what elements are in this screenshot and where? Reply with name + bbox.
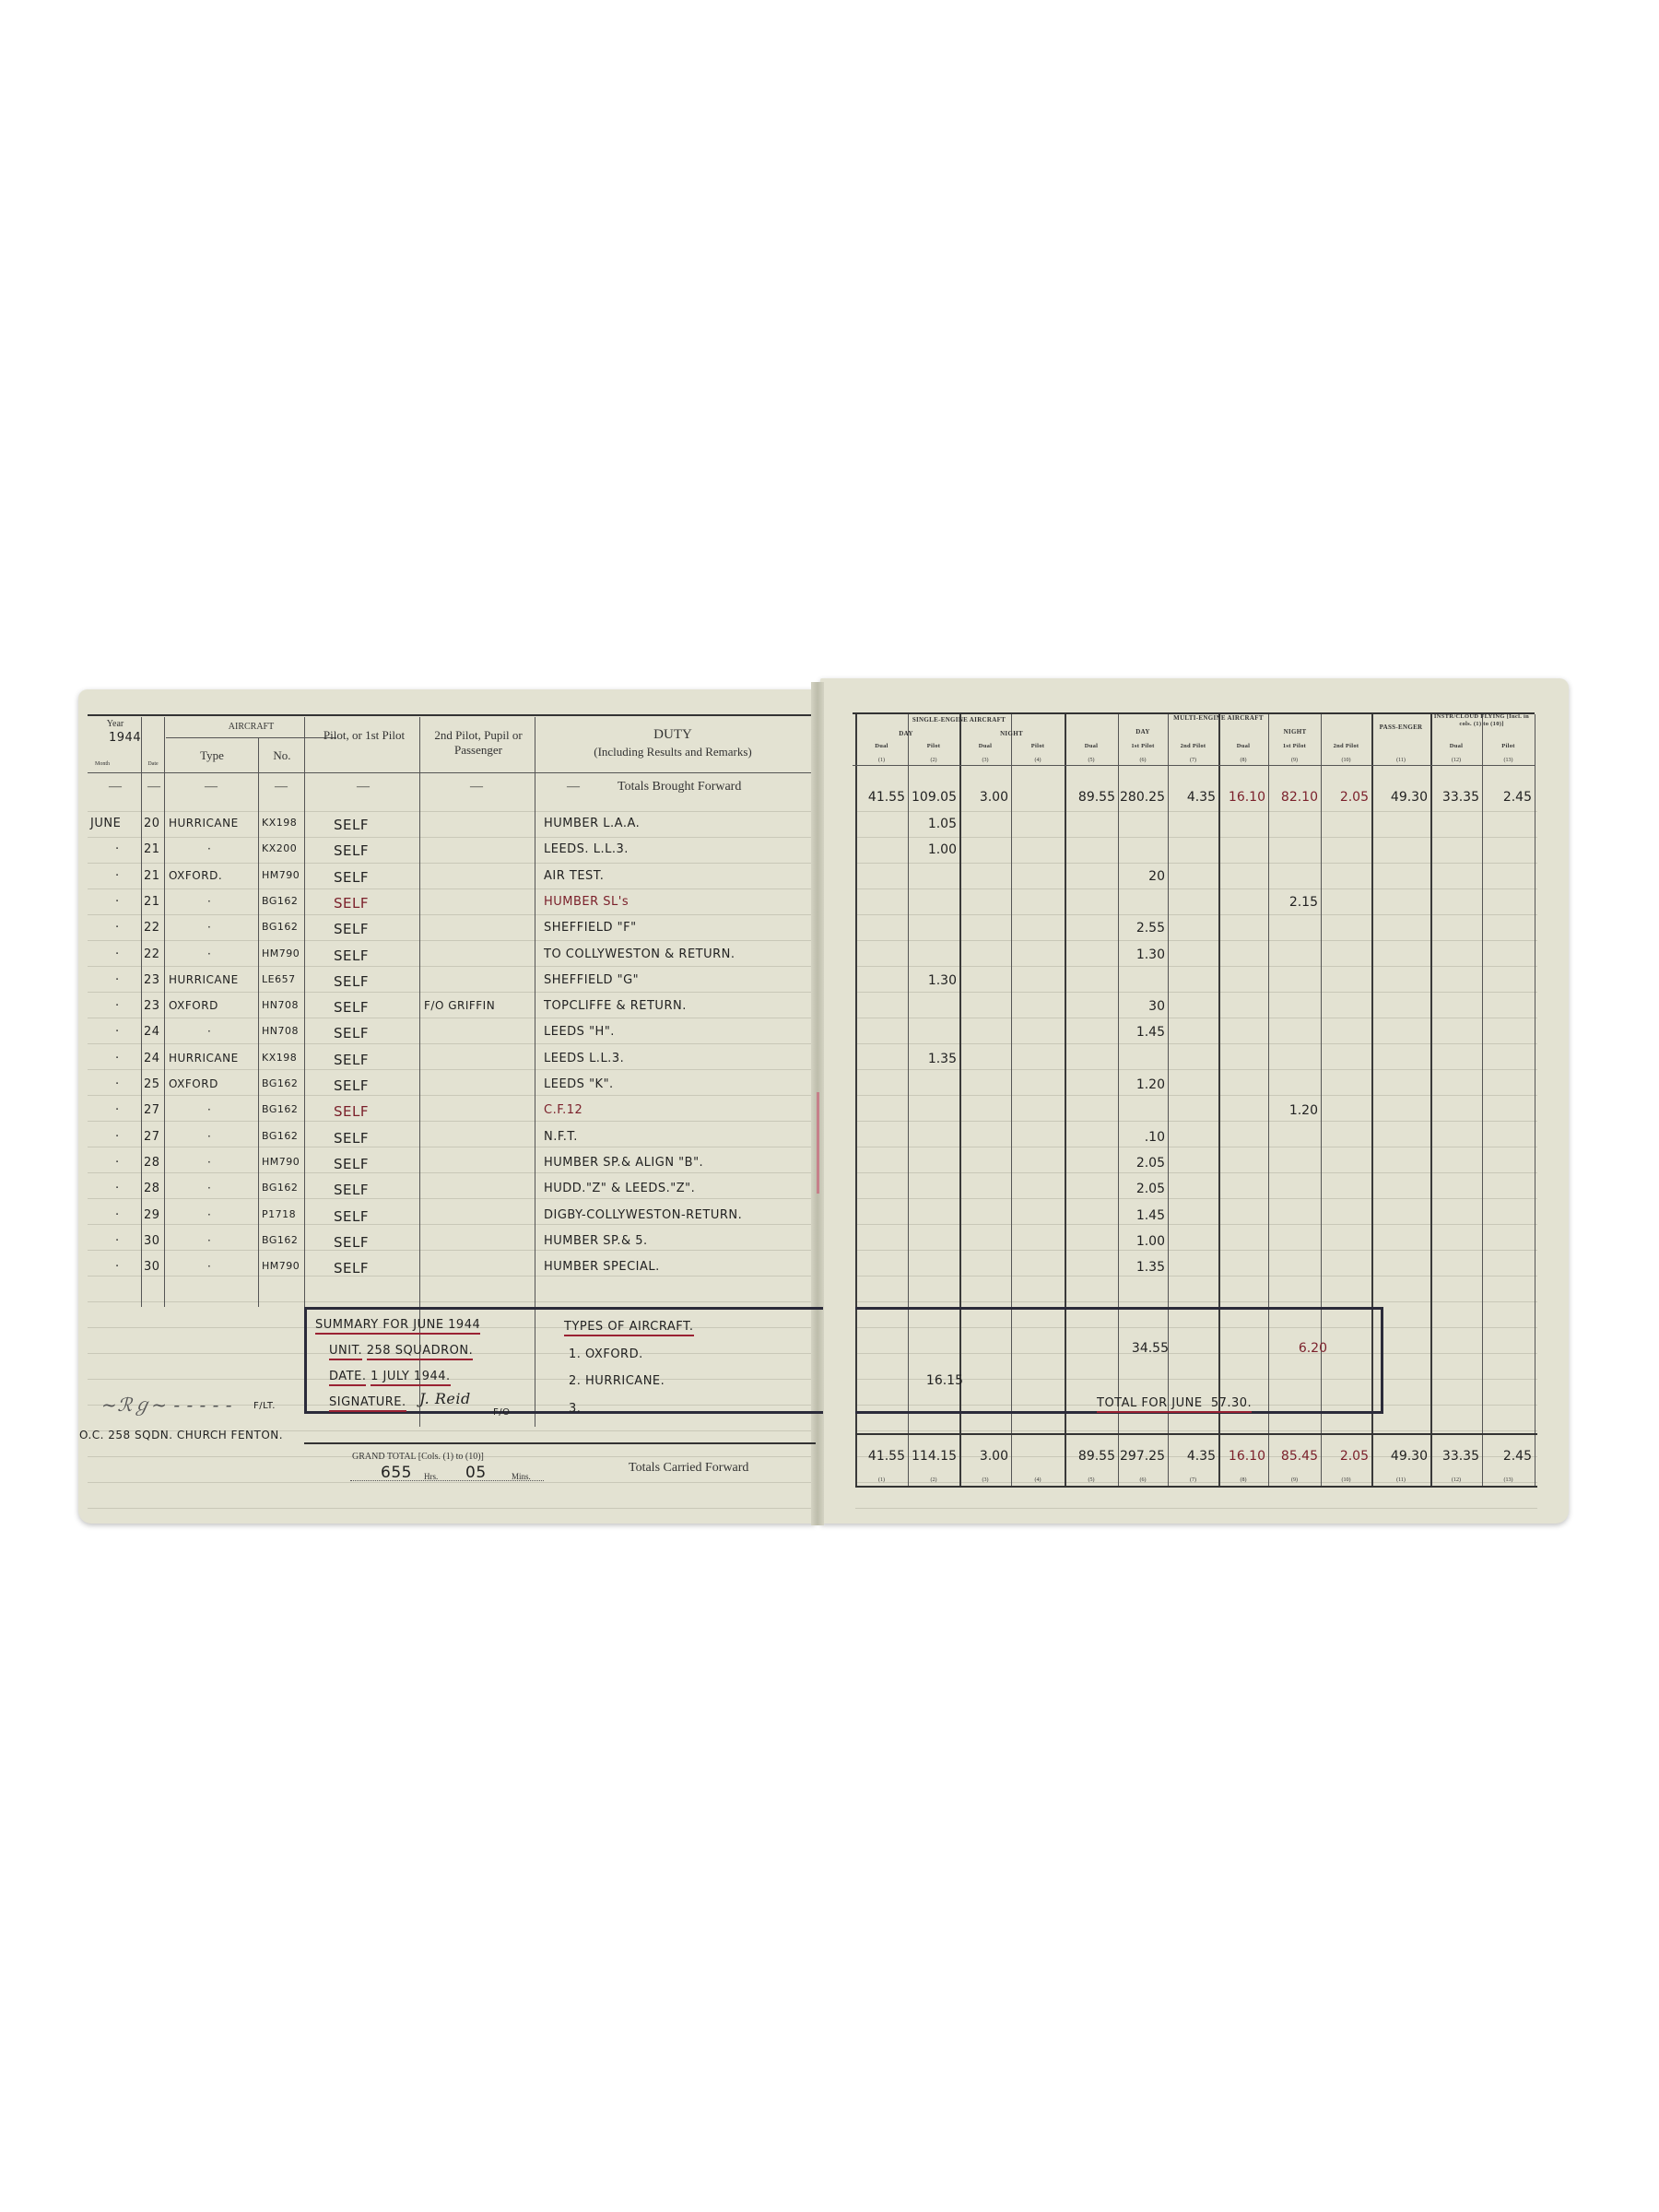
ruled-line [88,940,811,941]
year-label: Year [92,719,138,730]
type-1: 1. OXFORD. [569,1347,643,1361]
entry-aircraft-no: P1718 [262,1208,296,1220]
brought-forward-value: 41.55 [855,790,905,805]
carried-forward-value: 85.45 [1268,1449,1318,1464]
column-number: (3) [959,758,1011,764]
brought-forward-value: 2.05 [1321,790,1369,805]
column-label: 2nd Pilot [1321,743,1371,750]
entry-month: · [115,869,120,883]
brought-forward-value: 33.35 [1430,790,1479,805]
entry-duty: LEEDS. L.L.3. [544,842,629,856]
total-value: 57.30. [1211,1396,1252,1410]
ruled-line [855,1172,1537,1173]
carried-forward-value: 16.10 [1218,1449,1265,1464]
column-number: (10) [1321,758,1371,764]
entry-date: 30 [144,1260,160,1274]
summary-col2: 16.15 [922,1373,963,1388]
carried-forward-value: 2.05 [1321,1449,1369,1464]
me-night-header: NIGHT [1221,728,1369,735]
entry-pilot: SELF [334,1025,369,1041]
ruled-line [855,1095,1537,1096]
column-label: Dual [1218,743,1268,750]
column-label: Pilot [1482,743,1535,750]
col-divider [258,737,259,1307]
column-label: 2nd Pilot [1168,743,1218,750]
entry-aircraft-type: OXFORD [169,999,218,1012]
column-label: 1st Pilot [1268,743,1321,750]
ruled-line [88,1301,811,1302]
entry-date: 24 [144,1052,160,1065]
entry-aircraft-no: BG162 [262,1182,298,1194]
entry-pilot: SELF [334,1182,369,1198]
col-divider [304,717,305,1307]
month-label: Month [88,761,116,768]
entry-month: · [115,1234,120,1248]
summary-col6: 34.55 [1124,1341,1169,1356]
grand-total-label: GRAND TOTAL [Cols. (1) to (10)] [352,1452,484,1462]
footer-column-number: (8) [1218,1477,1268,1484]
single-engine-header: SINGLE-ENGINE AIRCRAFT [855,716,1063,724]
carried-forward-value: 3.00 [959,1449,1008,1464]
footer-column-number: (10) [1321,1477,1371,1484]
entry-pilot: SELF [334,1260,369,1277]
entry-date: 21 [144,869,160,883]
entry-month: · [115,973,120,987]
ruled-line [88,992,811,993]
no-label: No. [260,748,304,763]
footer-column-number: (12) [1430,1477,1482,1484]
column-number: (1) [855,758,908,764]
bf-dash-type: — [205,780,218,794]
entry-duty: C.F.12 [544,1103,582,1117]
entry-aircraft-no: KX198 [262,1052,297,1064]
entry-date: 28 [144,1156,160,1170]
column-number: (12) [1430,758,1482,764]
ruled-line [88,914,811,915]
entry-date: 21 [144,842,160,856]
brought-forward-value: 89.55 [1065,790,1115,805]
entry-aircraft-no: HM790 [262,947,300,959]
left-header-bottom-rule [88,772,811,773]
column-number: (6) [1118,758,1168,764]
entry-month: · [115,1077,120,1091]
oc-caption: O.C. 258 SQDN. CHURCH FENTON. [79,1429,283,1441]
entry-time: 20 [1118,869,1165,884]
ruled-line [855,1508,1537,1509]
column-number: (11) [1371,758,1430,764]
entry-aircraft-no: KX200 [262,842,297,854]
entry-aircraft-no: BG162 [262,1234,298,1246]
entry-aircraft-no: LE657 [262,973,296,985]
se-night-header: NIGHT [959,730,1065,737]
entry-duty: LEEDS "H". [544,1025,615,1039]
entry-duty: HUMBER SL's [544,895,629,909]
entry-time: 1.20 [1268,1103,1318,1118]
col-divider [1430,714,1432,1486]
ruled-line [855,992,1537,993]
carried-forward-value: 89.55 [1065,1449,1115,1464]
year-value: 1944 [109,731,141,745]
type-label: Type [166,748,258,763]
entry-aircraft-type: · [207,1260,211,1273]
ruled-line [88,837,811,838]
entry-time: 2.05 [1118,1156,1165,1171]
type-2: 2. HURRICANE. [569,1374,665,1388]
entry-pilot: SELF [334,1208,369,1225]
ruled-line [855,940,1537,941]
entry-duty: AIR TEST. [544,869,604,883]
column-number: (4) [1011,758,1065,764]
entry-date: 23 [144,999,160,1013]
entry-time: 1.30 [1118,947,1165,962]
ruled-line [855,1147,1537,1147]
column-label: Pilot [908,743,959,750]
footer-column-number: (4) [1011,1477,1065,1484]
entry-month: · [115,1103,120,1117]
ruled-line [855,1198,1537,1199]
unit-label: UNIT. [329,1344,362,1360]
entry-aircraft-no: HM790 [262,869,300,881]
bf-dash-no: — [275,780,288,794]
footer-column-number: (6) [1118,1477,1168,1484]
carried-forward-value: 4.35 [1168,1449,1216,1464]
brought-forward-value: 3.00 [959,790,1008,805]
column-label: Dual [959,743,1011,750]
unit-value: 258 SQUADRON. [367,1344,473,1360]
column-label: Dual [1065,743,1118,750]
entry-time: 2.15 [1268,895,1318,910]
left-top-rule [88,714,811,716]
ruled-line [88,1018,811,1018]
entry-date: 28 [144,1182,160,1195]
entry-time: 1.35 [908,1052,957,1066]
col-divider [141,717,142,1307]
entry-pilot: SELF [334,1077,369,1094]
bf-dash-duty: — [567,780,580,794]
summary-title: SUMMARY FOR JUNE 1944 [315,1318,480,1335]
ruled-line [88,966,811,967]
entry-duty: LEEDS "K". [544,1077,614,1091]
entry-time: 1.20 [1118,1077,1165,1092]
ruled-line [88,1043,811,1044]
carried-forward-value: 2.45 [1482,1449,1532,1464]
right-header-bottom-rule [853,765,1535,766]
entry-date: 27 [144,1130,160,1144]
entry-aircraft-type: · [207,1103,211,1116]
oc-signature-scribble: ~ℛℊ~ - - - - - [101,1390,232,1417]
column-label: Pilot [1011,743,1065,750]
instrument-header: INSTR/CLOUD FLYING [Incl. in cols. (1) t… [1433,713,1530,728]
column-label: 1st Pilot [1118,743,1168,750]
ruled-line [855,1018,1537,1018]
entry-month: · [115,1130,120,1144]
cf-bottom-rule [855,1486,1537,1488]
entry-aircraft-type: · [207,1156,211,1169]
entry-aircraft-no: KX198 [262,817,297,829]
carried-forward-value: 49.30 [1371,1449,1428,1464]
types-title: TYPES OF AIRCRAFT. [564,1320,694,1336]
entry-aircraft-no: HN708 [262,999,299,1011]
entry-pilot: SELF [334,921,369,937]
ruled-line [88,888,811,889]
ruled-line [88,1172,811,1173]
entry-duty: HUDD."Z" & LEEDS."Z". [544,1182,695,1195]
entry-date: 22 [144,921,160,935]
entry-duty: SHEFFIELD "G" [544,973,639,987]
ruled-line [88,1198,811,1199]
date-label: Date [142,761,164,768]
ruled-line [855,1224,1537,1225]
column-number: (13) [1482,758,1535,764]
footer-column-number: (7) [1168,1477,1218,1484]
carried-forward-value: 297.25 [1118,1449,1165,1464]
entry-aircraft-type: · [207,1208,211,1221]
entry-aircraft-type: · [207,1025,211,1038]
ruled-line [88,863,811,864]
ruled-line [88,1095,811,1096]
ruled-line [855,1250,1537,1251]
entry-date: 29 [144,1208,160,1222]
ruled-line [88,1147,811,1147]
entry-month: · [115,1260,120,1274]
entry-duty: HUMBER SP.& 5. [544,1234,648,1248]
entry-pilot: SELF [334,842,369,859]
signature-value: J. Reid [419,1390,471,1407]
multi-engine-header: MULTI-ENGINE AIRCRAFT [1066,714,1371,722]
passenger-header: PASS-ENGER [1373,724,1429,731]
column-number: (9) [1268,758,1321,764]
entry-aircraft-type: · [207,1234,211,1247]
entry-aircraft-type: HURRICANE [169,973,239,986]
bf-dash-pilot: — [357,780,370,794]
date-label: DATE. [329,1370,366,1386]
entry-time: 2.55 [1118,921,1165,935]
oc-rank: F/LT. [253,1401,276,1411]
entry-aircraft-type: OXFORD. [169,869,222,882]
brought-forward-value: 82.10 [1268,790,1318,805]
ruled-line [855,837,1537,838]
footer-column-number: (2) [908,1477,959,1484]
entry-month: · [115,1208,120,1222]
entry-aircraft-no: BG162 [262,1130,298,1142]
ruled-line [855,1069,1537,1070]
entry-second-pilot: F/O GRIFFIN [424,999,495,1012]
entry-aircraft-no: BG162 [262,1077,298,1089]
entry-pilot: SELF [334,999,369,1016]
ruled-line [855,1430,1537,1431]
entry-time: .10 [1118,1130,1165,1145]
entry-aircraft-no: HM790 [262,1156,300,1168]
signature-label: SIGNATURE. [329,1395,406,1412]
entry-time: 1.00 [1118,1234,1165,1249]
entry-pilot: SELF [334,1130,369,1147]
ruled-line [855,966,1537,967]
entry-pilot: SELF [334,895,369,912]
bf-dash-month: — [109,780,122,794]
entry-month: JUNE [90,817,121,830]
footer-column-number: (5) [1065,1477,1118,1484]
left-bottom-rule [304,1442,816,1444]
entry-time: 1.45 [1118,1025,1165,1040]
grand-total-mins: 05 [465,1464,487,1482]
column-number: (8) [1218,758,1268,764]
ruled-line [88,1121,811,1122]
entry-duty: HUMBER SP.& ALIGN "B". [544,1156,703,1170]
ruled-line [855,811,1537,812]
date-value: 1 JULY 1944. [371,1370,451,1386]
aircraft-label: AIRCRAFT [166,722,336,733]
brought-forward-label: Totals Brought Forward [618,780,741,794]
entry-date: 20 [144,817,160,830]
total-for-june: TOTAL FOR JUNE 57.30. [1097,1396,1252,1413]
brought-forward-value: 2.45 [1482,790,1532,805]
col-divider [1535,714,1535,1486]
pilot-label: Pilot, or 1st Pilot [323,728,406,743]
brought-forward-value: 16.10 [1218,790,1265,805]
ruled-line [88,811,811,812]
se-day-header: DAY [855,730,957,737]
duty-sub-label: (Including Results and Remarks) [539,745,806,759]
entry-date: 24 [144,1025,160,1039]
entry-month: · [115,1156,120,1170]
entry-date: 22 [144,947,160,961]
brought-forward-value: 4.35 [1168,790,1216,805]
entry-pilot: SELF [334,1234,369,1251]
ruled-line [855,863,1537,864]
carried-forward-value: 33.35 [1430,1449,1479,1464]
entry-duty: TO COLLYWESTON & RETURN. [544,947,735,961]
footer-column-number: (9) [1268,1477,1321,1484]
entry-duty: HUMBER SPECIAL. [544,1260,660,1274]
entry-time: 1.35 [1118,1260,1165,1275]
bf-dash-second: — [470,780,483,794]
entry-month: · [115,895,120,909]
entry-pilot: SELF [334,817,369,833]
summary-col9: 6.20 [1286,1341,1327,1356]
entry-month: · [115,999,120,1013]
brought-forward-value: 109.05 [908,790,957,805]
entry-duty: HUMBER L.A.A. [544,817,640,830]
entry-date: 21 [144,895,160,909]
entry-time: 1.00 [908,842,957,857]
entry-month: · [115,1182,120,1195]
entry-aircraft-no: BG162 [262,1103,298,1115]
carried-forward-value: 114.15 [908,1449,957,1464]
entry-aircraft-type: OXFORD [169,1077,218,1090]
entry-month: · [115,947,120,961]
column-number: (2) [908,758,959,764]
aircraft-header-rule [166,737,336,738]
entry-duty: N.F.T. [544,1130,578,1144]
brought-forward-value: 49.30 [1371,790,1428,805]
footer-column-number: (1) [855,1477,908,1484]
ruled-line [855,1276,1537,1277]
entry-month: · [115,921,120,935]
ruled-line [88,1250,811,1251]
entry-aircraft-type: · [207,921,211,934]
entry-time: 1.30 [908,973,957,988]
type-3: 3. [569,1402,581,1416]
ruled-line [88,1276,811,1277]
ruled-line [88,1069,811,1070]
entry-month: · [115,842,120,856]
entry-duty: DIGBY-COLLYWESTON-RETURN. [544,1208,742,1222]
entry-aircraft-type: · [207,1130,211,1143]
second-pilot-label: 2nd Pilot, Pupil or Passenger [424,728,533,757]
entry-time: 30 [1118,999,1165,1014]
entry-month: · [115,1025,120,1039]
carried-forward-value: 41.55 [855,1449,905,1464]
carried-forward-label: Totals Carried Forward [629,1461,748,1476]
entry-aircraft-no: BG162 [262,921,298,933]
entry-aircraft-no: BG162 [262,895,298,907]
entry-date: 23 [144,973,160,987]
footer-column-number: (3) [959,1477,1011,1484]
column-label: Dual [855,743,908,750]
total-label: TOTAL FOR JUNE [1097,1396,1203,1410]
cf-top-rule [855,1433,1537,1435]
entry-aircraft-no: HN708 [262,1025,299,1037]
column-number: (5) [1065,758,1118,764]
entry-date: 30 [144,1234,160,1248]
entry-duty: TOPCLIFFE & RETURN. [544,999,687,1013]
red-binding-thread [817,1092,819,1194]
ruled-line [88,1482,811,1483]
ruled-line [88,1508,811,1509]
col-divider [164,717,165,1307]
brought-forward-value: 280.25 [1118,790,1165,805]
entry-date: 27 [144,1103,160,1117]
entry-duty: SHEFFIELD "F" [544,921,637,935]
entry-pilot: SELF [334,973,369,990]
entry-aircraft-type: · [207,895,211,908]
column-number: (7) [1168,758,1218,764]
col-divider [1482,714,1483,1486]
grand-total-hours: 655 [381,1464,412,1482]
summary-date: DATE. 1 JULY 1944. [329,1370,451,1383]
entry-aircraft-type: · [207,842,211,855]
entry-aircraft-type: HURRICANE [169,1052,239,1065]
ruled-line [88,1224,811,1225]
ruled-line [855,888,1537,889]
me-day-header: DAY [1069,728,1217,735]
entry-month: · [115,1052,120,1065]
footer-column-number: (13) [1482,1477,1535,1484]
entry-pilot: SELF [334,1052,369,1068]
entry-aircraft-type: HURRICANE [169,817,239,829]
ruled-line [855,914,1537,915]
entry-pilot: SELF [334,869,369,886]
summary-unit: UNIT. 258 SQUADRON. [329,1344,473,1358]
entry-pilot: SELF [334,1156,369,1172]
bf-dash-date: — [147,780,160,794]
signature-rank: F/O [493,1407,511,1418]
entry-pilot: SELF [334,947,369,964]
entry-aircraft-no: HM790 [262,1260,300,1272]
summary-signature: SIGNATURE. [329,1395,406,1409]
entry-time: 1.45 [1118,1208,1165,1223]
entry-time: 2.05 [1118,1182,1165,1196]
duty-label: DUTY [539,726,806,743]
entry-date: 25 [144,1077,160,1091]
ruled-line [855,1043,1537,1044]
entry-pilot: SELF [334,1103,369,1120]
footer-column-number: (11) [1371,1477,1430,1484]
grand-total-dotline [350,1480,544,1482]
column-label: Dual [1430,743,1482,750]
entry-time: 1.05 [908,817,957,831]
ruled-line [855,1121,1537,1122]
